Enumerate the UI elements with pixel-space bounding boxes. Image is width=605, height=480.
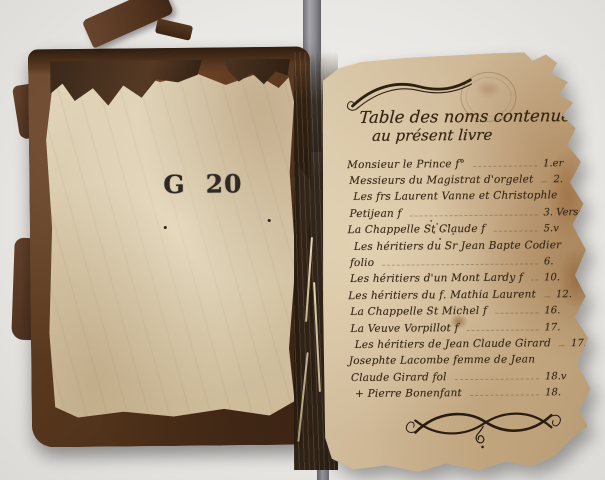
entry-folio: 17.v <box>571 338 593 349</box>
leather-strap-tip <box>155 18 193 41</box>
entry-row: Josephte Lacombe femme de Jean <box>349 349 583 367</box>
entry-leader <box>410 214 538 216</box>
entry-folio: 6. <box>544 256 582 267</box>
entry-leader <box>473 165 537 167</box>
entry-label: Les héritiers du Sr Jean Bapte Codier <box>354 239 562 253</box>
entry-label: Les frs Laurent Vanne et Christophle <box>353 190 557 204</box>
entry-leader <box>542 181 548 182</box>
entry-row: La Chappelle St Claude f5.v <box>348 218 582 236</box>
pen-flourish-bottom-icon <box>403 403 563 450</box>
archival-book-scan: G20 Table des <box>0 0 605 480</box>
entry-row: Messieurs du Magistrat d'orgelet2. <box>349 169 581 187</box>
entries-list: Monsieur le Prince f°1.erMessieurs du Ma… <box>349 152 583 400</box>
entry-row: Les héritiers d'un Mont Lardy f10. <box>350 267 582 285</box>
shelfmark-letter: G <box>163 170 186 199</box>
page-content: Table des noms contenue au présent livre… <box>348 73 583 459</box>
entry-leader <box>467 329 539 331</box>
entry-label: La Chappelle St Michel f <box>350 305 487 318</box>
entry-leader <box>470 394 539 396</box>
binding-thread <box>305 237 313 322</box>
entry-label: Les héritiers de Jean Claude Girard <box>355 337 551 351</box>
entry-row: La Veuve Vorpillot f17. <box>350 316 582 334</box>
table-of-names-page: Table des noms contenue au présent livre… <box>321 51 595 472</box>
entry-folio: 18.v <box>545 371 583 382</box>
front-cover-interior: G20 <box>28 47 314 448</box>
entry-label: Monsieur le Prince f° <box>347 158 465 171</box>
entry-label: La Chappelle St Claude f <box>348 223 486 236</box>
title-page-wrap: Table des noms contenue au présent livre… <box>322 52 594 472</box>
entry-folio: 2. <box>553 174 581 185</box>
entry-folio: 17. <box>544 322 582 333</box>
entry-label: Messieurs du Magistrat d'orgelet <box>349 173 533 187</box>
ink-speck <box>164 226 167 229</box>
entry-label: + Pierre Bonenfant <box>355 387 462 400</box>
entry-label: La Veuve Vorpillot f <box>350 322 458 335</box>
entry-leader <box>531 280 538 281</box>
page-title-line2: au présent livre <box>372 126 581 145</box>
entry-row: Les frs Laurent Vanne et Christophle <box>353 185 581 203</box>
entry-row: + Pierre Bonenfant18. <box>355 382 583 400</box>
entry-folio: 12. <box>556 289 582 300</box>
entry-row: La Chappelle St Michel f16. <box>350 300 582 318</box>
entry-leader <box>382 263 538 265</box>
entry-label: Les héritiers d'un Mont Lardy f <box>350 272 523 286</box>
entry-row: folio6. <box>350 251 582 269</box>
entry-folio: 10. <box>544 272 582 283</box>
entry-row: Les héritiers du Sr Jean Bapte Codier <box>354 234 582 252</box>
entry-leader <box>495 313 538 314</box>
entry-label: Josephte Lacombe femme de Jean <box>349 354 535 368</box>
entry-label: folio <box>350 257 374 269</box>
entry-folio: 1.er <box>543 158 581 169</box>
shelfmark-number: 20 <box>206 169 243 198</box>
entry-folio: 18. <box>545 387 583 398</box>
entry-leader <box>559 345 565 346</box>
binding-thread <box>313 282 321 392</box>
entry-leader <box>455 378 539 380</box>
entry-row: Les héritiers du f. Mathia Laurent12. <box>348 283 582 301</box>
entry-leader <box>493 231 537 232</box>
entry-label: Claude Girard fol <box>351 371 447 384</box>
entry-row: Claude Girard fol18.v <box>351 365 583 383</box>
page-title: Table des noms contenue au présent livre <box>358 107 582 145</box>
entry-row: Les héritiers de Jean Claude Girard17.v <box>355 333 583 351</box>
entry-folio: 5.v <box>544 223 582 234</box>
pastedown-paper: G20 <box>44 67 300 422</box>
page-title-line1: Table des noms contenue <box>359 107 582 128</box>
entry-row: Petijean f3. Verso <box>349 201 581 219</box>
entry-label: Petijean f <box>349 207 401 219</box>
entry-leader <box>544 296 550 297</box>
entry-folio: 3. Verso <box>543 207 581 218</box>
entry-label: Les héritiers du f. Mathia Laurent <box>348 288 536 302</box>
binding-thread <box>297 352 308 442</box>
entry-folio: 16. <box>544 305 582 316</box>
ink-speck <box>268 219 271 222</box>
shelfmark-stamp: G20 <box>163 169 242 199</box>
entry-row: Monsieur le Prince f°1.er <box>347 152 581 170</box>
